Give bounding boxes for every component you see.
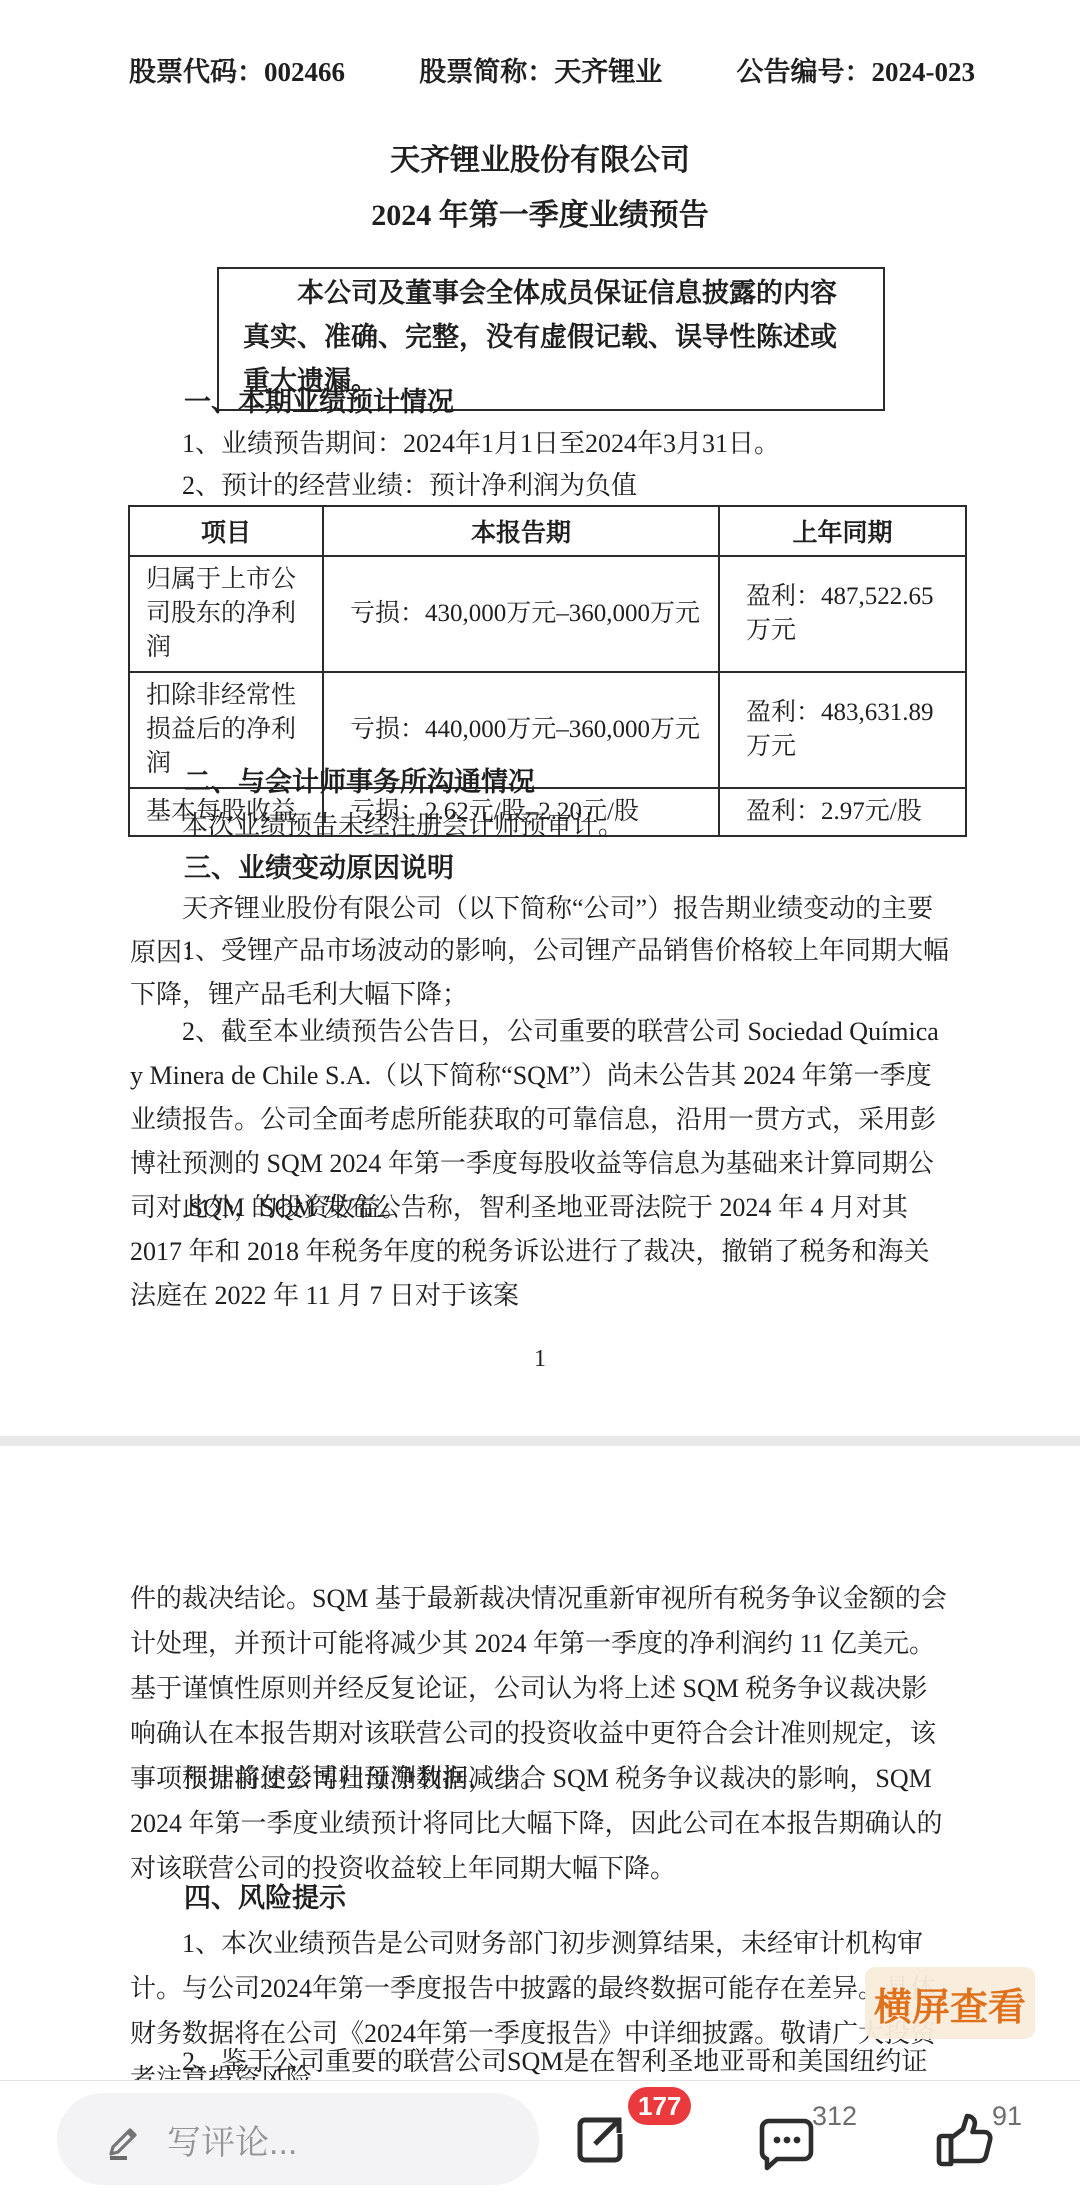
pencil-icon: [101, 2117, 145, 2161]
like-button[interactable]: [934, 2111, 994, 2169]
table-header-item: 项目: [129, 506, 323, 556]
stock-name: 股票简称：天齐锂业: [419, 56, 662, 88]
share-icon: [573, 2114, 629, 2166]
stock-code: 股票代码：002466: [129, 56, 345, 88]
share-badge: 177: [628, 2087, 691, 2125]
announcement-number: 公告编号：2024-023: [737, 56, 976, 88]
document-meta-row: 股票代码：002466 股票简称：天齐锂业 公告编号：2024-023: [129, 56, 975, 88]
comment-bubble-icon: [756, 2117, 816, 2173]
like-count: 91: [992, 2101, 1022, 2131]
comments-button[interactable]: [756, 2117, 816, 2173]
section3-paragraph3: 此外，SQM 发布公告称，智利圣地亚哥法院于 2024 年 4 月对其 2017…: [130, 1186, 950, 1318]
net-profit-prior: 盈利：487,522.65 万元: [719, 556, 966, 672]
page2-paragraph2: 根据前述彭博社预测数据，结合 SQM 税务争议裁决的影响，SQM 2024 年第…: [130, 1756, 950, 1891]
comment-placeholder: 写评论...: [167, 2115, 297, 2164]
page-number: 1: [0, 1345, 1080, 1373]
section3-heading: 三、业绩变动原因说明: [130, 846, 950, 890]
section2-heading: 二、与会计师事务所沟通情况: [130, 760, 950, 804]
table-header-prior-period: 上年同期: [719, 506, 966, 556]
comment-count: 312: [812, 2101, 857, 2131]
net-profit-current: 亏损：430,000万元–360,000万元: [323, 556, 719, 672]
thumbs-up-icon: [934, 2111, 994, 2169]
company-title: 天齐锂业股份有限公司: [0, 142, 1080, 180]
section1-heading: 一、本期业绩预计情况: [130, 380, 950, 424]
landscape-view-button[interactable]: 横屏查看: [865, 1967, 1035, 2039]
bottom-action-bar: 写评论... 177 31: [0, 2080, 1080, 2207]
table-header-current-period: 本报告期: [323, 506, 719, 556]
announcement-viewer: 股票代码：002466 股票简称：天齐锂业 公告编号：2024-023 天齐锂业…: [0, 0, 1080, 2207]
section3-paragraph1: 1、受锂产品市场波动的影响，公司锂产品销售价格较上年同期大幅下降，锂产品毛利大幅…: [130, 929, 950, 1017]
comment-input[interactable]: 写评论...: [57, 2093, 539, 2185]
table-row: 归属于上市公司股东的净利润 亏损：430,000万元–360,000万元 盈利：…: [129, 556, 966, 672]
row-label-net-profit: 归属于上市公司股东的净利润: [129, 556, 323, 672]
section4-heading: 四、风险提示: [130, 1876, 950, 1921]
report-title: 2024 年第一季度业绩预告: [0, 197, 1080, 235]
share-button[interactable]: [573, 2114, 629, 2166]
section1-item1: 1、业绩预告期间：2024年1月1日至2024年3月31日。: [130, 422, 950, 466]
page-break-divider: [0, 1436, 1080, 1446]
table-header-row: 项目 本报告期 上年同期: [129, 506, 966, 556]
section1-item2: 2、预计的经营业绩：预计净利润为负值: [130, 464, 950, 508]
section2-body: 本次业绩预告未经注册会计师预审计。: [130, 804, 950, 848]
